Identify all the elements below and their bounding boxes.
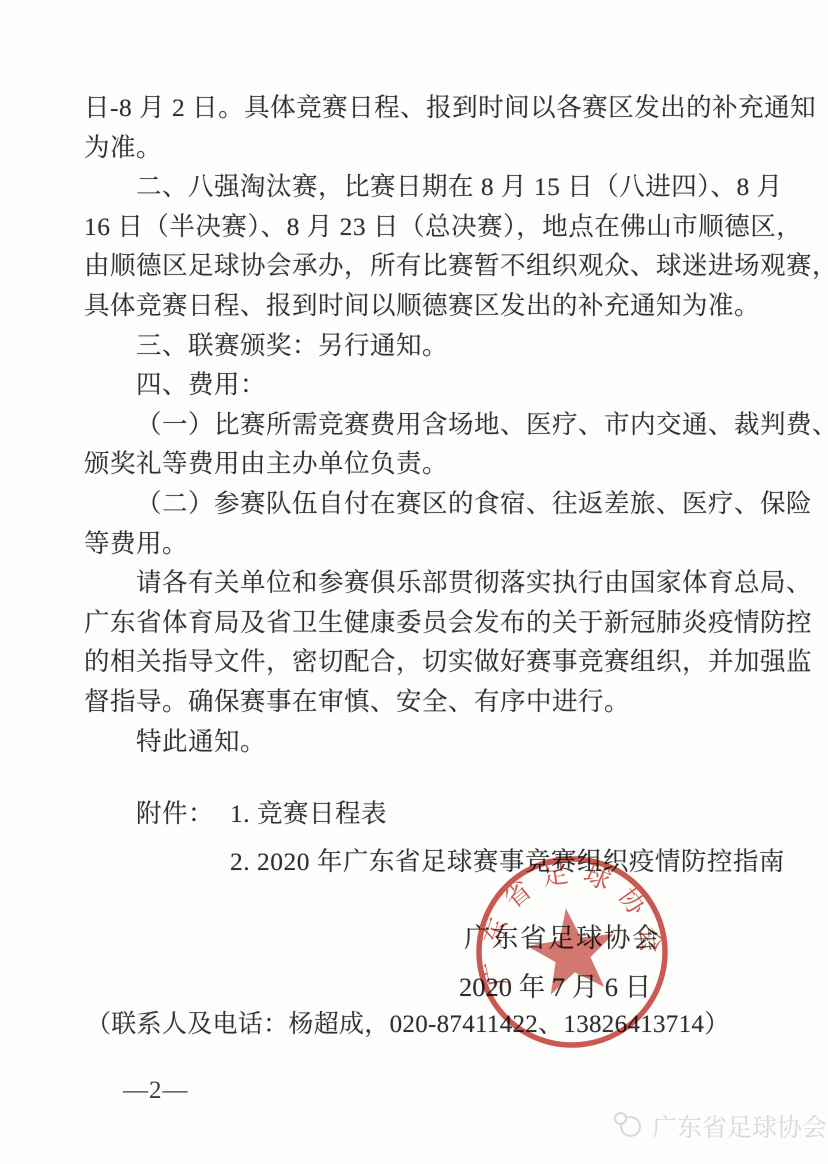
doc-line: 的相关指导文件，密切配合，切实做好赛事竞赛组织，并加强监	[84, 642, 774, 682]
signature-date: 2020 年 7 月 6 日	[459, 965, 651, 1004]
scanned-document-page: 日-8 月 2 日。具体竞赛日程、报到时间以各赛区发出的补充通知为准。二、八强淘…	[0, 0, 828, 1164]
watermark: 广东省足球协会	[614, 1108, 827, 1144]
doc-line: 督指导。确保赛事在审慎、安全、有序中进行。	[84, 682, 774, 722]
doc-line: 特此通知。	[84, 722, 774, 762]
doc-line: 四、费用：	[84, 365, 774, 405]
doc-line: 请各有关单位和参赛俱乐部贯彻落实执行由国家体育总局、	[84, 563, 774, 603]
page-number: —2—	[123, 1077, 189, 1105]
doc-line: 具体竞赛日程、报到时间以顺德赛区发出的补充通知为准。	[84, 286, 774, 326]
doc-line: （一）比赛所需竞赛费用含场地、医疗、市内交通、裁判费、	[84, 405, 774, 445]
doc-line: 由顺德区足球协会承办，所有比赛暂不组织观众、球迷进场观赛，	[84, 246, 774, 286]
watermark-text: 广东省足球协会	[652, 1108, 827, 1144]
doc-line: （二）参赛队伍自付在赛区的食宿、往返差旅、医疗、保险	[84, 484, 774, 524]
doc-line: 广东省体育局及省卫生健康委员会发布的关于新冠肺炎疫情防控	[84, 603, 774, 643]
doc-line: 日-8 月 2 日。具体竞赛日程、报到时间以各赛区发出的补充通知	[84, 88, 774, 128]
football-mascot-logo-icon	[614, 1112, 644, 1140]
doc-line: 等费用。	[84, 524, 774, 564]
doc-line: 三、联赛颁奖：另行通知。	[84, 326, 774, 366]
doc-line: 为准。	[84, 128, 774, 168]
attachments-label: 附件：	[136, 790, 214, 886]
signature-organization: 广东省足球协会	[464, 916, 660, 955]
attachments-block: 附件： 1. 竞赛日程表2. 2020 年广东省足球赛事竞赛组织疫情防控指南	[136, 790, 785, 886]
doc-line: 2. 2020 年广东省足球赛事竞赛组织疫情防控指南	[230, 838, 785, 886]
document-body: 日-8 月 2 日。具体竞赛日程、报到时间以各赛区发出的补充通知为准。二、八强淘…	[84, 88, 774, 761]
doc-line: 16 日（半决赛）、8 月 23 日（总决赛），地点在佛山市顺德区，	[84, 207, 774, 247]
contact-line: （联系人及电话：杨超成，020-87411422、13826413714）	[86, 1004, 730, 1040]
doc-line: 颁奖礼等费用由主办单位负责。	[84, 444, 774, 484]
attachments-list: 1. 竞赛日程表2. 2020 年广东省足球赛事竞赛组织疫情防控指南	[230, 790, 785, 886]
doc-line: 二、八强淘汰赛，比赛日期在 8 月 15 日（八进四）、8 月	[84, 167, 774, 207]
doc-line: 1. 竞赛日程表	[230, 790, 785, 838]
